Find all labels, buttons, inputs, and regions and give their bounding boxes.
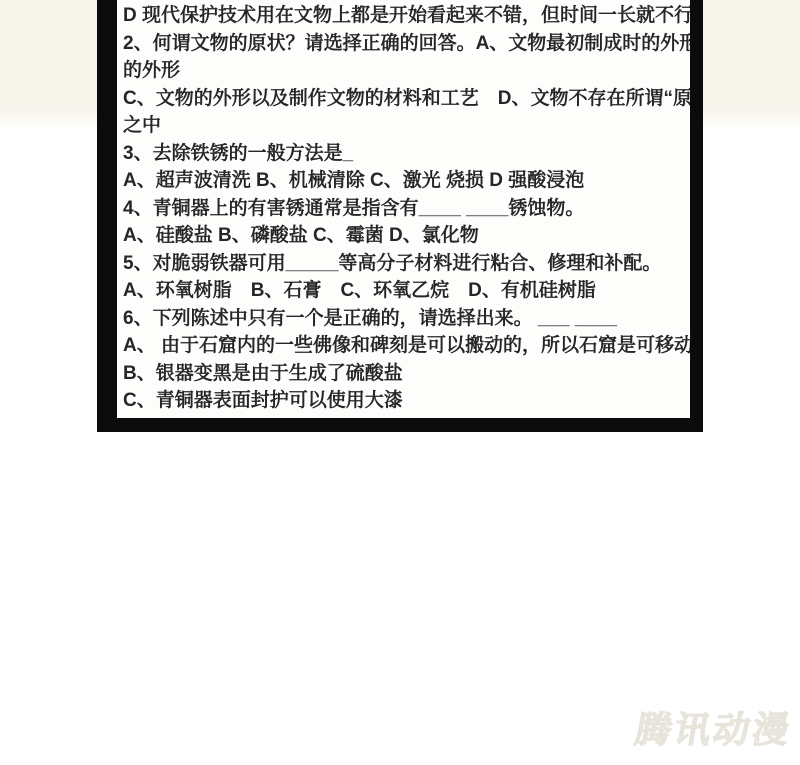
quiz-line: 之中 (123, 112, 690, 140)
quiz-line: 6、下列陈述中只有一个是正确的，请选择出来。 ___ ____ (123, 305, 690, 333)
quiz-line: A、 由于石窟内的一些佛像和碑刻是可以搬动的，所以石窟是可移动 (123, 332, 690, 360)
quiz-line: 的外形 (123, 57, 690, 85)
quiz-line: C、文物的外形以及制作文物的材料和工艺 D、文物不存在所谓“原 (123, 85, 690, 113)
comic-page: D 现代保护技术用在文物上都是开始看起来不错，但时间一长就不行 2、何谓文物的原… (0, 0, 800, 765)
quiz-line: 4、青铜器上的有害锈通常是指含有____ ____锈蚀物。 (123, 195, 690, 223)
quiz-line: D 现代保护技术用在文物上都是开始看起来不错，但时间一长就不行 (123, 2, 690, 30)
quiz-paper: D 现代保护技术用在文物上都是开始看起来不错，但时间一长就不行 2、何谓文物的原… (117, 0, 690, 418)
quiz-line: C、青铜器表面封护可以使用大漆 (123, 387, 690, 415)
tencent-comics-watermark: 腾讯动漫 (631, 702, 796, 753)
quiz-line: 2、何谓文物的原状？请选择正确的回答。A、文物最初制成时的外形 (123, 30, 690, 58)
quiz-line: A、超声波清洗 B、机械清除 C、激光 烧损 D 强酸浸泡 (123, 167, 690, 195)
quiz-line: B、银器变黑是由于生成了硫酸盐 (123, 360, 690, 388)
quiz-line: 3、去除铁锈的一般方法是_ (123, 140, 690, 168)
quiz-line: 5、对脆弱铁器可用_____等高分子材料进行粘合、修理和补配。 (123, 250, 690, 278)
quiz-line: A、环氧树脂 B、石膏 C、环氧乙烷 D、有机硅树脂 (123, 277, 690, 305)
quiz-panel-frame: D 现代保护技术用在文物上都是开始看起来不错，但时间一长就不行 2、何谓文物的原… (97, 0, 703, 432)
quiz-line: A、硅酸盐 B、磷酸盐 C、霉菌 D、氯化物 (123, 222, 690, 250)
